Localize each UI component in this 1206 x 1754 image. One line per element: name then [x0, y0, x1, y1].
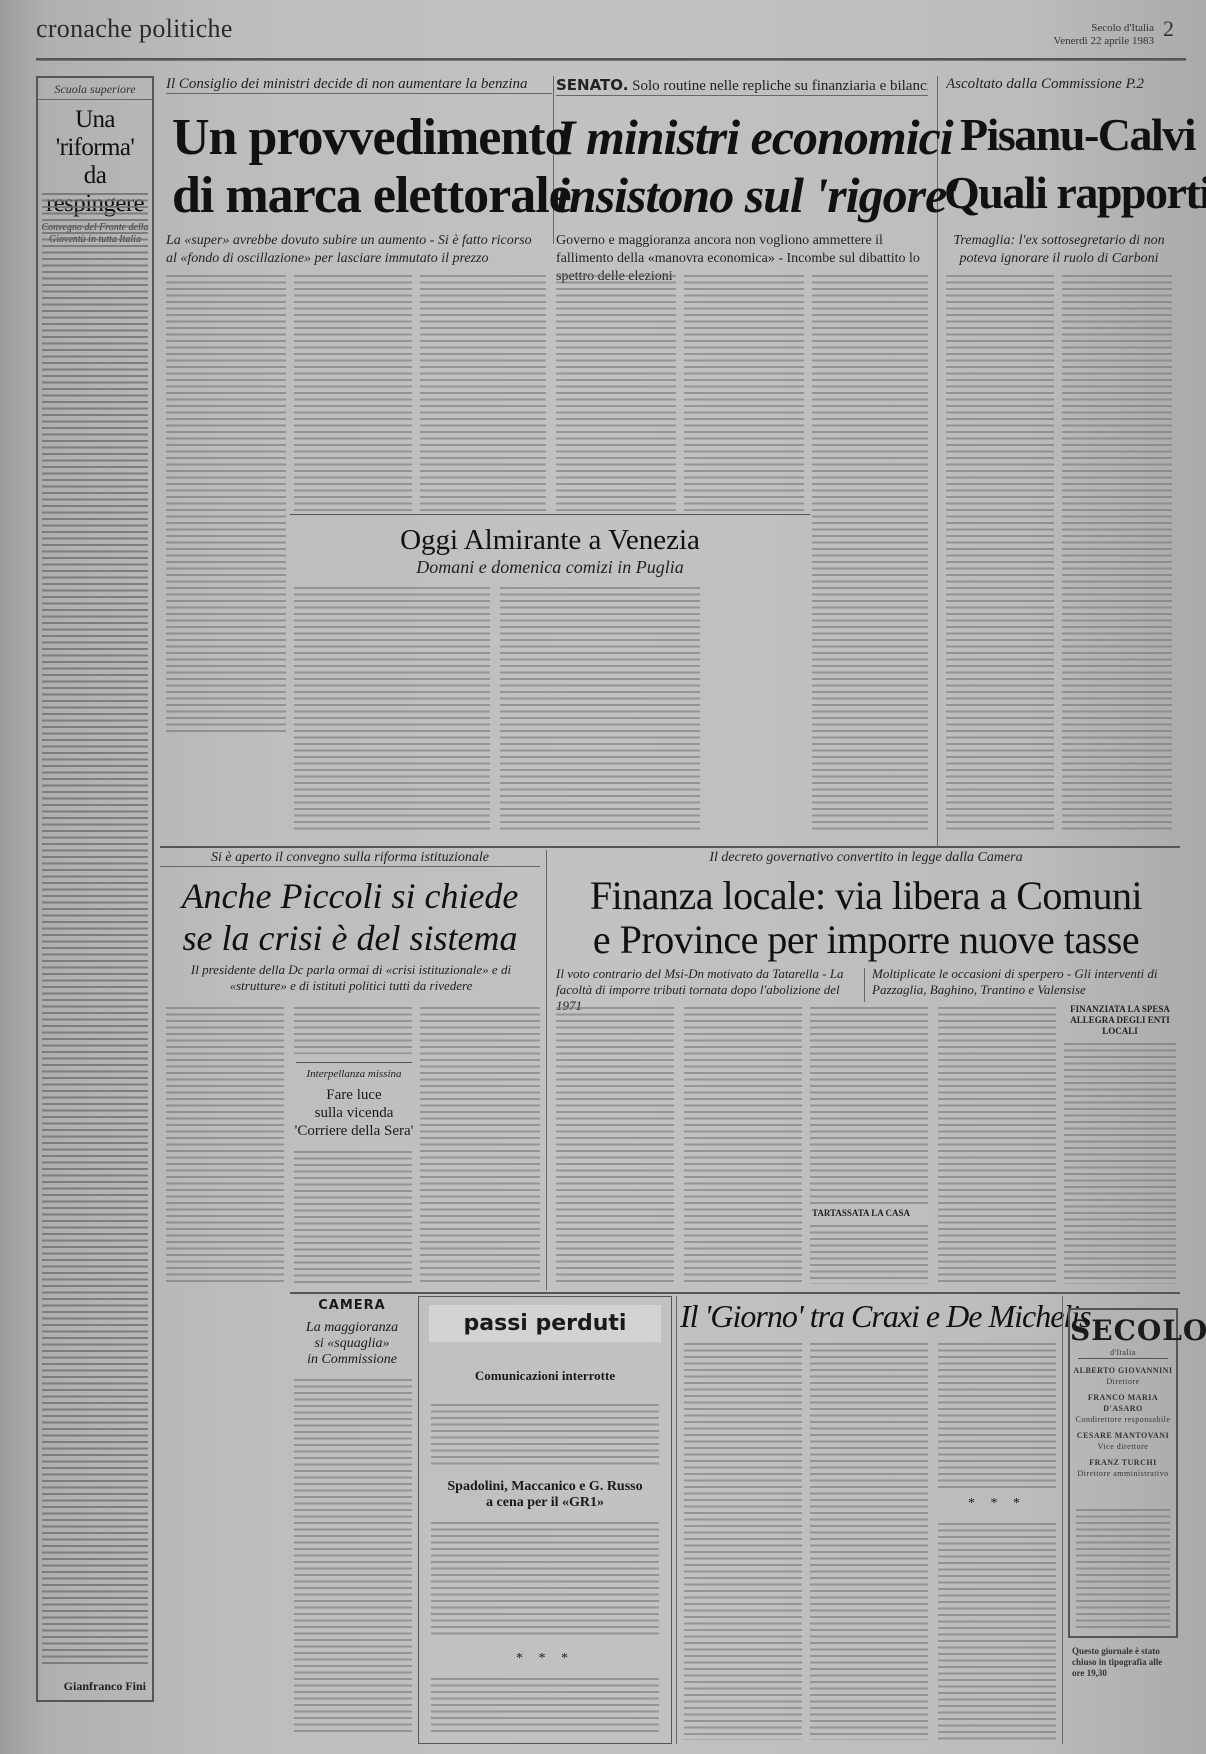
finanza-body-col2	[684, 1004, 802, 1284]
dateline: Secolo d'Italia Venerdì 22 aprile 1983	[1054, 22, 1155, 48]
p2-body-col2	[1062, 272, 1172, 832]
header-rule	[36, 58, 1186, 61]
senato-body-col2	[684, 272, 804, 512]
passi-separator: * * *	[419, 1651, 671, 1667]
sidebar-column: Scuola superiore Una 'riforma' da respin…	[36, 76, 154, 1702]
senato-kicker: SENATO. Solo routine nelle repliche su f…	[556, 76, 928, 96]
passi-perduti-title: passi perduti	[429, 1305, 661, 1342]
finanza-body-col4	[938, 1004, 1056, 1284]
passi-item2-title-line2: a cena per il «GR1»	[419, 1495, 671, 1511]
newspaper-page: cronache politiche Secolo d'Italia Vener…	[0, 0, 1206, 1754]
p2-headline-line1: Pisanu-Calvi	[960, 112, 1195, 158]
piccoli-body-col3	[420, 1004, 540, 1284]
piccoli-deck: Il presidente della Dc parla ormai di «c…	[166, 962, 536, 994]
paper-name: Secolo d'Italia	[1054, 22, 1155, 35]
giorno-body-col1	[684, 1340, 802, 1740]
p2-body-col1	[946, 272, 1054, 832]
corriere-title: Fare luce sulla vicenda 'Corriere della …	[294, 1086, 414, 1140]
finanza-body-col3	[810, 1004, 928, 1204]
masthead-box: SECOLO d'Italia ALBERTO GIOVANNINI Diret…	[1068, 1308, 1178, 1638]
piccoli-headline-line2: se la crisi è del sistema	[160, 920, 540, 956]
benzina-headline-line1: Un provvedimento	[172, 112, 570, 164]
senato-headline-line2: insistono sul 'rigore'	[556, 170, 959, 220]
masthead-title: SECOLO	[1070, 1314, 1176, 1347]
staff-name-4: FRANZ TURCHI	[1070, 1457, 1176, 1468]
issue-date: Venerdì 22 aprile 1983	[1054, 35, 1155, 48]
benzina-deck: La «super» avrebbe dovuto subire un aume…	[166, 232, 546, 268]
senato-body-col3	[812, 272, 928, 832]
sidebar-byline: Gianfranco Fini	[64, 1679, 146, 1694]
piccoli-body-col2	[294, 1004, 412, 1054]
staff-role-4: Direttore amministrativo	[1070, 1468, 1176, 1479]
sidebar-title-line1: Una 'riforma'	[38, 106, 152, 162]
camera-title-line2: si «squaglia»	[290, 1336, 414, 1352]
benzina-body-col3	[420, 272, 546, 512]
page-number: 2	[1163, 16, 1174, 42]
piccoli-body-col1	[166, 1004, 284, 1284]
finanza-subhead-spesa: FINANZIATA LA SPESA ALLEGRA DEGLI ENTI L…	[1064, 1004, 1176, 1037]
passi-perduti-box: passi perduti Comunicazioni interrotte S…	[418, 1296, 672, 1744]
camera-title-line1: La maggioranza	[290, 1320, 414, 1336]
passi-item2-body	[431, 1519, 659, 1639]
staff-role-2: Condirettore responsabile	[1070, 1414, 1176, 1425]
closing-note: Questo giornale è stato chiuso in tipogr…	[1072, 1646, 1176, 1679]
staff-name-1: ALBERTO GIOVANNINI	[1070, 1365, 1176, 1376]
corriere-title-line2: sulla vicenda	[294, 1104, 414, 1122]
section-title: cronache politiche	[36, 14, 233, 44]
giorno-body-col2	[810, 1340, 928, 1740]
corriere-body	[294, 1148, 412, 1284]
almirante-body-col1	[294, 584, 490, 830]
passi-item2-title: Spadolini, Maccanico e G. Russo a cena p…	[419, 1479, 671, 1511]
senato-headline-line1: I ministri economici	[556, 112, 953, 162]
staff-role-3: Vice direttore	[1070, 1441, 1176, 1452]
corriere-kicker: Interpellanza missina	[294, 1068, 414, 1080]
piccoli-headline-line1: Anche Piccoli si chiede	[160, 878, 540, 914]
giorno-headline: Il 'Giorno' tra Craxi e De Michelis	[680, 1300, 1060, 1332]
benzina-headline-line2: di marca elettorale	[172, 170, 571, 222]
giorno-body-col3	[938, 1340, 1056, 1490]
senato-body-col1	[556, 272, 676, 512]
giorno-body-col3b	[938, 1520, 1056, 1740]
senato-kicker-text: Solo routine nelle repliche su finanziar…	[632, 78, 928, 94]
almirante-deck: Domani e domenica comizi in Puglia	[290, 558, 810, 576]
finanza-deck-right: Moltiplicate le occasioni di sperpero - …	[872, 966, 1176, 998]
staff-name-2: FRANCO MARIA D'ASARO	[1070, 1392, 1176, 1414]
p2-headline-line2: Quali rapporti?	[944, 170, 1206, 216]
finanza-kicker: Il decreto governativo convertito in leg…	[556, 850, 1176, 866]
sidebar-kicker: Scuola superiore	[38, 82, 152, 100]
piccoli-kicker: Si è aperto il convegno sulla riforma is…	[160, 850, 540, 867]
finanza-body-col5	[1064, 1040, 1176, 1284]
giorno-separator: * * *	[938, 1496, 1056, 1512]
staff-role-1: Direttore	[1070, 1376, 1176, 1387]
camera-tag: CAMERA	[290, 1298, 414, 1313]
finanza-headline-line1: Finanza locale: via libera a Comuni	[556, 876, 1176, 916]
senato-label: SENATO.	[556, 76, 628, 94]
almirante-body-col2	[500, 584, 700, 830]
finanza-headline-line2: e Province per imporre nuove tasse	[556, 920, 1176, 960]
p2-kicker: Ascoltato dalla Commissione P.2	[946, 76, 1172, 93]
passi-item1-body	[431, 1401, 659, 1465]
sidebar-body-text	[42, 190, 148, 1666]
camera-body	[294, 1376, 412, 1736]
corriere-title-line1: Fare luce	[294, 1086, 414, 1104]
passi-item2-title-line1: Spadolini, Maccanico e G. Russo	[419, 1479, 671, 1495]
camera-title-line3: in Commissione	[290, 1352, 414, 1368]
corriere-title-line3: 'Corriere della Sera'	[294, 1122, 414, 1140]
benzina-body-col1	[166, 272, 286, 734]
staff-name-3: CESARE MANTOVANI	[1070, 1430, 1176, 1441]
p2-deck: Tremaglia: l'ex sottosegretario di non p…	[946, 232, 1172, 268]
masthead-fineprint	[1076, 1506, 1170, 1630]
passi-item1-title: Comunicazioni interrotte	[419, 1368, 671, 1384]
benzina-body-col2	[294, 272, 412, 512]
finanza-subhead-casa: TARTASSATA LA CASA	[812, 1208, 928, 1218]
almirante-headline: Oggi Almirante a Venezia	[290, 526, 810, 555]
masthead-subtitle: d'Italia	[1078, 1347, 1168, 1359]
finanza-body-col1	[556, 1004, 674, 1284]
camera-title: La maggioranza si «squaglia» in Commissi…	[290, 1320, 414, 1368]
benzina-kicker: Il Consiglio dei ministri decide di non …	[166, 76, 552, 94]
passi-item3-body	[431, 1675, 659, 1735]
